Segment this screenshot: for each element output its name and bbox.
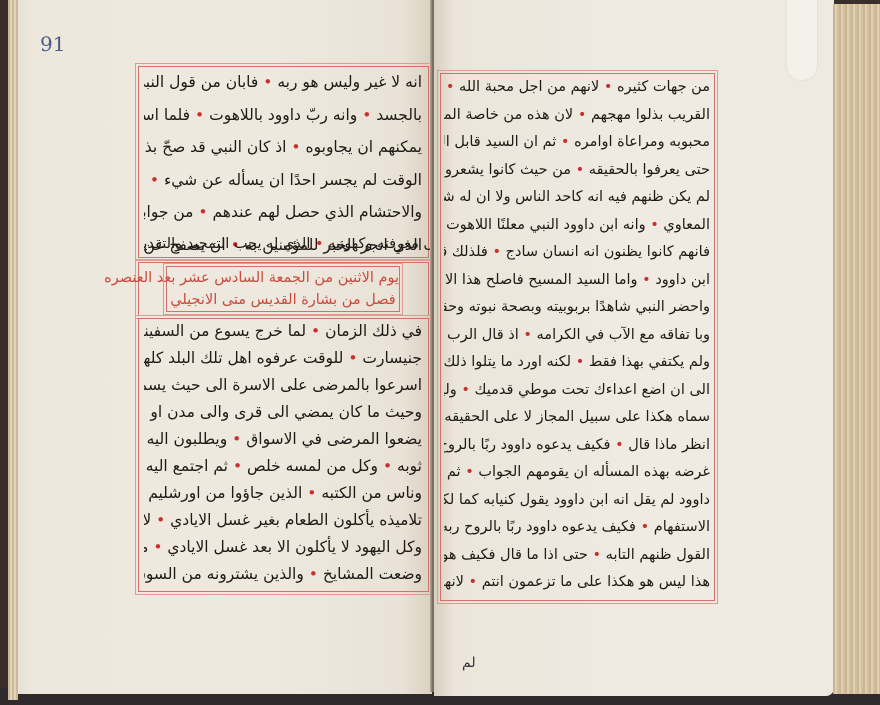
rubric-dot: • <box>650 217 659 233</box>
right-text: من جهات كثيره • لانهم من اجل محبة الله •… <box>444 74 710 597</box>
text-line: القول ظنهم التابه • حتى اذا ما قال فكيف … <box>444 542 710 570</box>
rubric-dot: • <box>576 162 585 178</box>
rubric-dot: • <box>291 138 300 156</box>
text-line: فانهم كانوا يظنون انه انسان سادج • فلذلك… <box>444 239 710 267</box>
rubric-dot: • <box>446 79 455 95</box>
left-page-stack-edge <box>8 0 18 700</box>
text-line: حتى يعرفوا بالحقيقه • من حيث كانوا يشعرو… <box>444 157 710 185</box>
text-line: وبا تفاقه مع الآب في الكرامه • اذ قال ال… <box>444 322 710 350</box>
text-line: الاستفهام • فكيف يدعوه داوود ربًا بالروح… <box>444 514 710 542</box>
rubric-dot: • <box>383 457 392 475</box>
text-line: تلاميذه يأكلون الطعام بغير غسل الايادي •… <box>144 507 422 534</box>
text-line: وحيث ما كان يمضي الى قرى والى مدن او الى… <box>144 399 422 426</box>
rubric-dot: • <box>307 484 316 502</box>
text-line: محبوبه ومراعاة اوامره • ثم ان السيد قابل… <box>444 129 710 157</box>
text-line: الى معرفته وكهونيه • الذي له يجب التمجيد… <box>144 228 444 261</box>
text-line: واحضر النبي شاهدًا بربوبيته وبصحة نبوته … <box>444 294 710 322</box>
rubric-dot: • <box>576 354 585 370</box>
text-line: في ذلك الزمان • لما خرج يسوع من السفينه … <box>144 318 422 345</box>
rubric-dot: • <box>604 79 613 95</box>
rubric-dot: • <box>578 107 587 123</box>
rubric-dot: • <box>198 203 207 221</box>
text-line: وناس من الكتبه • الذين جاؤوا من اورشليم … <box>144 480 422 507</box>
text-line: القريب بذلوا مهجهم • لان هذه من خاصة الم… <box>444 102 710 130</box>
left-upper-text-last: الى معرفته وكهونيه • الذي له يجب التمجيد… <box>144 228 444 261</box>
text-line: وكل اليهود لا يأكلون الا بعد غسل الايادي… <box>144 534 422 561</box>
text-line: من جهات كثيره • لانهم من اجل محبة الله •… <box>444 74 710 102</box>
rubric-dot: • <box>153 538 162 556</box>
rubric-line-date: يوم الاثنين من الجمعة السادس عشر بعد الع… <box>167 267 399 289</box>
text-line: غرضه بهذه المسأله ان يقومهم الجواب • ثم … <box>444 459 710 487</box>
text-line: والاحتشام الذي حصل لهم عندهم • من جوابه … <box>144 196 422 229</box>
rubric-dot: • <box>315 236 324 252</box>
folio-number: 91 <box>40 32 65 56</box>
rubric-dot: • <box>642 272 651 288</box>
text-line: هذا ليس هو هكذا على ما تزعمون انتم • لان… <box>444 569 710 597</box>
rubric-dot: • <box>233 457 242 475</box>
rubric-dot: • <box>311 322 320 340</box>
rubric-dot: • <box>615 437 624 453</box>
rubric-dot: • <box>362 106 371 124</box>
text-line: اسرعوا بالمرضى على الاسرة الى حيث يسمعون… <box>144 372 422 399</box>
text-line: ابن داوود • واما السيد المسيح فاصلح هذا … <box>444 267 710 295</box>
manuscript-spread: 91 انه لا غير وليس هو ربه • فابان من قول… <box>0 0 880 705</box>
rubric-dot: • <box>593 547 602 563</box>
text-line: وضعت المشايخ • والذين يشترونه من السوق •… <box>144 561 422 588</box>
text-line: المعاوي • وانه ابن داوود النبي معلنًا ال… <box>444 212 710 240</box>
text-line: يمكنهم ان يجاوبوه • اذ كان النبي قد صحّ … <box>144 131 422 164</box>
rubric-heading: يوم الاثنين من الجمعة السادس عشر بعد الع… <box>166 266 400 312</box>
text-line: ولم يكتفي بهذا فقط • لكنه اورد ما يتلوا … <box>444 349 710 377</box>
rubric-dot: • <box>461 382 470 398</box>
text-line: بالجسد • وانه ربّ داوود باللاهوت • فلما … <box>144 99 422 132</box>
text-line: لم يكن ظنهم فيه انه كاحد الناس ولا ان له… <box>444 184 710 212</box>
left-lower-text: في ذلك الزمان • لما خرج يسوع من السفينه … <box>144 318 422 588</box>
right-page-stack-edge <box>833 4 880 694</box>
text-line: الى ان اضع اعداءك تحت موطي قدميك • وليلا… <box>444 377 710 405</box>
text-line: سماه هكذا على سبيل المجاز لا على الحقيقه… <box>444 404 710 432</box>
rubric-dot: • <box>309 565 318 583</box>
bookmark-slip <box>787 0 817 80</box>
text-line: انه لا غير وليس هو ربه • فابان من قول ال… <box>144 66 422 99</box>
text-line: داوود لم يقل انه ابن داوود يقول كنيابه ك… <box>444 487 710 515</box>
rubric-line-gospel: فصل من بشارة القديس متى الانجيلي <box>167 289 399 311</box>
rubric-dot: • <box>156 511 165 529</box>
rubric-dot: • <box>232 430 241 448</box>
text-line: انظر ماذا قال • فكيف يدعوه داوود ربًا با… <box>444 432 710 460</box>
text-line: يضعوا المرضى في الاسواق • ويطلبون اليه ا… <box>144 426 422 453</box>
text-line: جنيسارت • للوقت عرفوه اهل تلك البلد كلها… <box>144 345 422 372</box>
rubric-dot: • <box>523 327 532 343</box>
rubric-dot: • <box>641 519 650 535</box>
rubric-dot: • <box>465 464 474 480</box>
text-line: الوقت لم يجسر احدًا ان يسأله عن شيء • لك… <box>144 164 422 197</box>
rubric-dot: • <box>195 106 204 124</box>
rubric-dot: • <box>561 134 570 150</box>
text-line: ثوبه • وكل من لمسه خلص • ثم اجتمع اليه ا… <box>144 453 422 480</box>
rubric-dot: • <box>492 244 501 260</box>
rubric-dot: • <box>469 574 478 590</box>
rubric-dot: • <box>150 171 159 189</box>
catchword: لم <box>462 655 476 671</box>
rubric-dot: • <box>348 349 357 367</box>
rubric-dot: • <box>263 73 272 91</box>
